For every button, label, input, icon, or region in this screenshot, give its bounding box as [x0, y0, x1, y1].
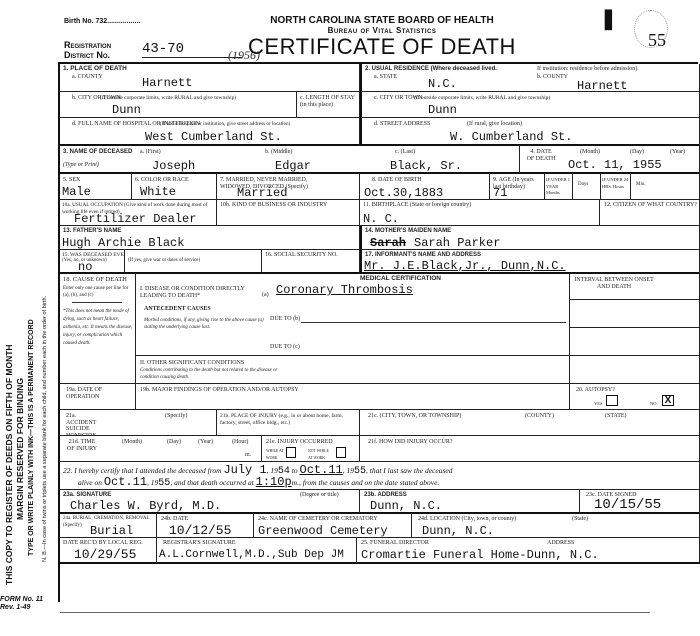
- place-of-death-institution: West Cumberland St.: [145, 131, 282, 144]
- residence-city: Dunn: [428, 104, 457, 117]
- burial-date: 10/12/55: [169, 524, 231, 537]
- autopsy-cell: 20. AUTOPSY? YES NO X: [570, 384, 700, 410]
- deceased-middle-name: Edgar: [275, 160, 311, 173]
- disposition-type: Burial: [90, 525, 133, 538]
- residence-city-cell: c. CITY OR TOWN (If outside corporate li…: [360, 92, 700, 118]
- mother-name-struck: Sarah: [370, 237, 406, 250]
- sex-cell: 5. SEX Male: [60, 174, 132, 200]
- certificate-number: 55: [648, 30, 666, 51]
- deceased-last-name: Black, Sr.: [390, 160, 462, 173]
- registration-label: Registration District No.: [64, 40, 111, 60]
- burial-date-cell: 24b. DATE 10/12/55: [157, 514, 254, 538]
- citizenship-cell: 12. CITIZEN OF WHAT COUNTRY?: [600, 200, 700, 226]
- physician-signature: Charles W. Byrd, M.D.: [70, 500, 221, 513]
- how-injury-occurred-cell: 21f. HOW DID INJURY OCCUR?: [360, 436, 700, 462]
- form-number: FORM No. 11 Rev. 1-49: [0, 596, 43, 612]
- mother-maiden-name-cell: 14. MOTHER'S MAIDEN NAME Sarah Sarah Par…: [360, 226, 700, 250]
- injury-location-cell: 21c. (CITY, TOWN, OR TOWNSHIP) (COUNTY) …: [360, 410, 700, 436]
- bottom-rule: [60, 612, 650, 613]
- operation-findings-cell: 19b. MAJOR FINDINGS OF OPERATION AND/OR …: [136, 384, 570, 410]
- while-at-work-checkbox[interactable]: [286, 447, 296, 458]
- business-cell: 10b. KIND OF BUSINESS OR INDUSTRY: [217, 200, 360, 226]
- residence-street-cell: d. STREET ADDRESS (If rural, give locati…: [360, 118, 700, 146]
- ink-mark: ❚: [600, 6, 617, 31]
- armed-forces-service-cell: (If yes, give war or dates of service): [125, 250, 262, 274]
- residence-state: N.C.: [428, 78, 457, 91]
- birthplace: N. C.: [363, 213, 399, 226]
- other-conditions-cell: II. OTHER SIGNIFICANT CONDITIONS Conditi…: [136, 356, 570, 384]
- funeral-director: Cromartie Funeral Home-Dunn, N.C.: [361, 549, 599, 562]
- date-of-death-cell: 4. DATE OF DEATH (Month) (Day) (Year) Oc…: [520, 146, 700, 174]
- physician-certification-statement: 22. I hereby certify that I attended the…: [60, 462, 700, 490]
- document-title: CERTIFICATE OF DEATH: [230, 34, 534, 60]
- residence-state-county-cell: 2. USUAL RESIDENCE (Where deceased lived…: [360, 64, 700, 92]
- cemetery-cell: 24c. NAME OF CEMETERY OR CREMATORY Green…: [254, 514, 412, 538]
- margin-instruction-binding: MARGIN RESERVED FOR BINDING: [15, 378, 25, 520]
- burial-location: Dunn, N.C.: [422, 525, 494, 538]
- cemetery-name: Greenwood Cemetery: [258, 525, 388, 538]
- disposition-cell: 24a. BURIAL, CREMATION, REMOVAL (Specify…: [60, 514, 157, 538]
- under-1-months-cell: IF UNDER 1 YEAR Months: [545, 174, 573, 200]
- accident-type-cell: 21a. ACCIDENT SUICIDE HOMICIDE (Specify): [60, 410, 217, 436]
- birth-number: Birth No. 732.................: [64, 18, 140, 25]
- margin-instruction-ink: TYPE OR WRITE PLAINLY WITH INK—THIS IS A…: [28, 319, 35, 556]
- date-received: 10/29/55: [74, 548, 136, 561]
- time-of-injury-cell: 21d. TIME OF INJURY (Month) (Day) (Year)…: [60, 436, 262, 462]
- place-of-injury-cell: 21b. PLACE OF INJURY (e.g., in or about …: [217, 410, 360, 436]
- autopsy-yes-checkbox[interactable]: [606, 395, 618, 406]
- issuing-board: NORTH CAROLINA STATE BOARD OF HEALTH: [232, 15, 532, 26]
- date-received-cell: DATE REC'D BY LOCAL REG. 10/29/55: [60, 538, 157, 564]
- autopsy-no-checkbox[interactable]: X: [662, 395, 674, 406]
- cause-a: Coronary Thrombosis: [276, 284, 413, 297]
- father-name-cell: 13. FATHER'S NAME Hugh Archie Black: [60, 226, 360, 250]
- informant-cell: 17. INFORMANT'S NAME AND ADDRESS Mr. J.E…: [360, 250, 700, 274]
- mother-maiden-name: Sarah Parker: [414, 237, 500, 250]
- age: 71: [493, 187, 507, 200]
- date-of-birth: Oct.30,1883: [364, 187, 443, 200]
- last-seen-alive-date: Oct.11: [104, 475, 147, 489]
- date-of-death: Oct. 11, 1955: [568, 159, 662, 172]
- signature-cell: 23a. SIGNATURE (Degree or title) Charles…: [60, 490, 360, 514]
- occupation-cell: 10a. USUAL OCCUPATION (Give kind of work…: [60, 200, 217, 226]
- date-signed: 10/15/55: [594, 499, 661, 512]
- registrar-signature: A.L.Cornwell,M.D.,Sub Dep JM: [159, 549, 344, 562]
- armed-forces: no: [78, 261, 92, 274]
- race-cell: 6. COLOR OR RACE White: [132, 174, 217, 200]
- marital-status: Married: [237, 187, 287, 200]
- date-of-birth-cell: 8. DATE OF BIRTH Oct.30,1883: [360, 174, 490, 200]
- deceased-first-name: Joseph: [152, 160, 195, 173]
- operation-date-cell: 19a. DATE OF OPERATION: [60, 384, 136, 410]
- interval-c-cell: [570, 328, 700, 356]
- residence-street: W. Cumberland St.: [450, 131, 572, 144]
- occupation: Fertilizer Dealer: [74, 213, 196, 226]
- place-of-death-city: Dunn: [112, 104, 141, 117]
- length-of-stay-cell: c. LENGTH OF STAY (in this place): [297, 92, 360, 118]
- certificate-form: 1. PLACE OF DEATH a. COUNTY Harnett 2. U…: [58, 62, 698, 602]
- residence-county: Harnett: [577, 80, 627, 92]
- race: White: [140, 186, 176, 199]
- marital-status-cell: 7. MARRIED, NEVER MARRIED, WIDOWED, DIVO…: [217, 174, 360, 200]
- registrar-signature-cell: REGISTRAR'S SIGNATURE A.L.Cornwell,M.D.,…: [157, 538, 357, 564]
- cause-of-death-label-cell: 18. CAUSE OF DEATH Enter only one cause …: [60, 274, 136, 384]
- interval-other-cell: [570, 356, 700, 384]
- place-of-death-city-cell: b. CITY OR TOWN (If outside corporate li…: [60, 92, 297, 118]
- certificate-header: Birth No. 732................. Registrat…: [60, 0, 700, 64]
- cause-footnote: *This does not mean the mode of dying, s…: [63, 308, 135, 348]
- armed-forces-answer-cell: 15. WAS DECEASED EVER IN U.S. ARMED FORC…: [60, 250, 125, 274]
- last-seen-alive-year: 55: [158, 478, 170, 489]
- under-1-days-cell: Days: [573, 174, 601, 200]
- deceased-name-cell: 3. NAME OF DECEASED (Type or Print) a. (…: [60, 146, 520, 174]
- injury-occurred-cell: 21e. INJURY OCCURRED WHILE AT WORK NOT W…: [262, 436, 360, 462]
- registration-district-number: 43-70: [142, 41, 242, 58]
- sex: Male: [62, 186, 91, 199]
- date-signed-cell: 23c. DATE SIGNED 10/15/55: [580, 490, 700, 514]
- margin-note-twins: N. B.—In case of twins or triplets use a…: [42, 296, 48, 562]
- cause-a-cell: I. DISEASE OR CONDITION DIRECTLY LEADING…: [136, 274, 570, 300]
- under-24-min-cell: Min.: [631, 174, 700, 200]
- antecedent-causes-cell: ANTECEDENT CAUSES Morbid conditions, if …: [136, 300, 570, 356]
- margin-instruction-register: THIS COPY TO REGISTER OF DEEDS ON FIFTH …: [4, 344, 14, 585]
- time-of-death: 1:10p: [256, 475, 292, 489]
- physician-address-cell: 23b. ADDRESS Dunn, N.C.: [360, 490, 580, 514]
- father-name: Hugh Archie Black: [62, 237, 184, 250]
- funeral-director-cell: 25. FUNERAL DIRECTOR ADDRESS Cromartie F…: [357, 538, 700, 564]
- interval-b-cell: [570, 300, 700, 328]
- not-while-at-work-checkbox[interactable]: [336, 447, 346, 458]
- institution-cell: d. FULL NAME OF HOSPITAL OR INSTITUTION …: [60, 118, 360, 146]
- ssn-cell: 16. SOCIAL SECURITY NO.: [262, 250, 360, 274]
- binding-margin: THIS COPY TO REGISTER OF DEEDS ON FIFTH …: [0, 0, 60, 636]
- under-24-hours-cell: IF UNDER 24 HRS. Hours: [601, 174, 631, 200]
- burial-location-cell: 24d. LOCATION (City, town, or county) (S…: [412, 514, 700, 538]
- attended-to-date: Oct.11: [300, 463, 343, 477]
- physician-address: Dunn, N.C.: [370, 500, 442, 513]
- place-of-death-county: Harnett: [142, 77, 192, 90]
- place-of-death-county-cell: 1. PLACE OF DEATH a. COUNTY Harnett: [60, 64, 360, 92]
- interval-header-cell: INTERVAL BETWEEN ONSET AND DEATH: [570, 274, 700, 300]
- age-cell: 9. AGE (In years last birthday) 71: [490, 174, 545, 200]
- birthplace-cell: 11. BIRTHPLACE (State or foreign country…: [360, 200, 600, 226]
- informant: Mr. J.E.Black,Jr., Dunn,N.C.: [364, 260, 566, 273]
